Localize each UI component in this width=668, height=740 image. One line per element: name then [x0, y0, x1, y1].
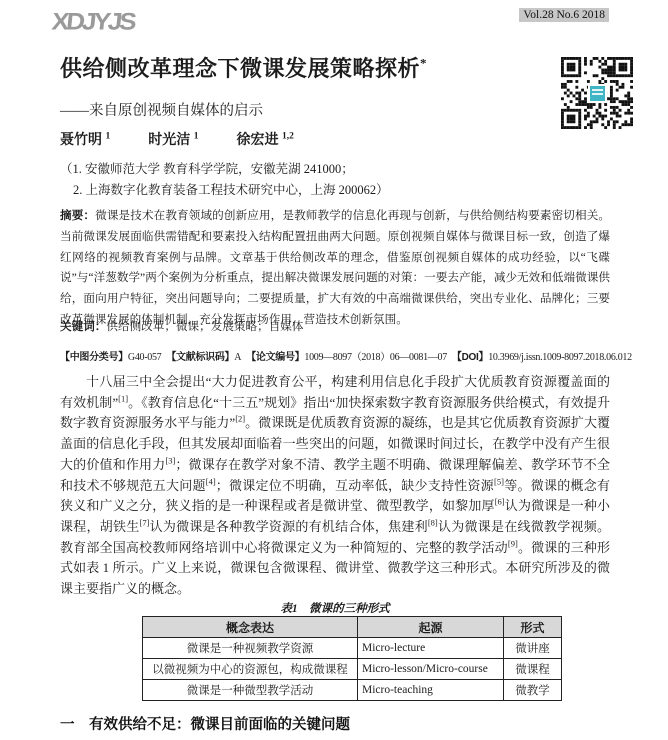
cell-form: 微课程: [504, 659, 562, 680]
keywords-label: 关键词：: [60, 320, 106, 333]
cell-origin: Micro-lesson/Micro-course: [358, 659, 504, 680]
classification-item: 【论文编号】1009—8097（2018）06—0081—07: [246, 352, 447, 363]
classification-label: 【文献标识码】: [166, 352, 234, 363]
cell-concept: 微课是一种视频教学资源: [143, 638, 358, 659]
table-row: 微课是一种微型教学活动 Micro-teaching 微教学: [143, 680, 562, 701]
author-affil-sup: 1: [194, 131, 199, 141]
author-name: 时光洁: [148, 133, 190, 148]
abstract-label: 摘要：: [60, 209, 95, 222]
table-header-form: 形式: [504, 617, 562, 638]
table-caption: 表1 微课的三种形式: [60, 600, 610, 616]
title-block: 供给侧改革理念下微课发展策略探析* ——来自原创视频自媒体的启示 聂竹明 1时光…: [60, 52, 610, 149]
affiliations: （1. 安徽师范大学 教育科学学院，安徽芜湖 241000；2. 上海数字化教育…: [60, 159, 610, 201]
author-affil-sup: 1: [106, 131, 111, 141]
journal-logo: XDJYJS: [51, 7, 136, 36]
table-row: 以微视频为中心的资源包，构成微课程 Micro-lesson/Micro-cou…: [143, 659, 562, 680]
table-header-origin: 起源: [358, 617, 504, 638]
subtitle: ——来自原创视频自媒体的启示: [60, 99, 610, 120]
page-title-text: 供给侧改革理念下微课发展策略探析: [60, 56, 420, 81]
affiliation-line: （1. 安徽师范大学 教育科学学院，安徽芜湖 241000；: [60, 159, 610, 180]
cell-origin: Micro-lecture: [358, 638, 504, 659]
abstract: 摘要：微课是技术在教育领域的创新应用，是教师教学的信息化再现与创新，与供给侧结构…: [60, 206, 610, 331]
classification-value: G40-057: [128, 352, 161, 363]
table-header-concept: 概念表达: [143, 617, 358, 638]
keywords-text: 供给侧改革；微课；发展策略；自媒体: [106, 320, 303, 333]
cell-origin: Micro-teaching: [358, 680, 504, 701]
body-paragraph: 十八届三中全会提出“大力促进教育公平，构建利用信息化手段扩大优质教育资源覆盖面的…: [60, 372, 610, 600]
author-name: 徐宏进: [237, 133, 279, 148]
classification-item: 【文献标识码】A: [166, 352, 241, 363]
table-micro-course-forms: 概念表达 起源 形式 微课是一种视频教学资源 Micro-lecture 微讲座…: [142, 616, 562, 701]
classification-label: 【DOI】: [452, 352, 488, 363]
table-header-row: 概念表达 起源 形式: [143, 617, 562, 638]
table-row: 微课是一种视频教学资源 Micro-lecture 微讲座: [143, 638, 562, 659]
cell-form: 微教学: [504, 680, 562, 701]
author: 徐宏进 1,2: [237, 133, 294, 148]
classification-item: 【中图分类号】G40-057: [60, 352, 161, 363]
title-footnote-mark: *: [420, 56, 427, 71]
author: 聂竹明 1: [60, 133, 110, 148]
section-heading: 一 有效供给不足：微课目前面临的关键问题: [60, 713, 610, 734]
cell-concept: 微课是一种微型教学活动: [143, 680, 358, 701]
classification-item: 【DOI】10.3969/j.issn.1009-8097.2018.06.01…: [452, 352, 632, 363]
author-affil-sup: 1,2: [282, 131, 294, 141]
author-name: 聂竹明: [60, 133, 102, 148]
classification-value: A: [234, 352, 241, 363]
abstract-text: 微课是技术在教育领域的创新应用，是教师教学的信息化再现与创新，与供给侧结构要素密…: [60, 209, 610, 326]
classification-line: 【中图分类号】G40-057【文献标识码】A【论文编号】1009—8097（20…: [60, 348, 610, 363]
issue-label: Vol.28 No.6 2018: [519, 8, 609, 22]
classification-label: 【论文编号】: [246, 352, 304, 363]
journal-page: XDJYJS Vol.28 No.6 2018 供给侧改革理念下微课发展策略探析…: [0, 0, 668, 740]
classification-value: 1009—8097（2018）06—0081—07: [304, 352, 447, 363]
author: 时光洁 1: [148, 133, 198, 148]
classification-value: 10.3969/j.issn.1009-8097.2018.06.012: [488, 352, 632, 363]
affiliation-line: 2. 上海数字化教育装备工程技术研究中心，上海 200062）: [60, 180, 610, 201]
keywords: 关键词：供给侧改革；微课；发展策略；自媒体: [60, 318, 610, 334]
page-title: 供给侧改革理念下微课发展策略探析*: [60, 52, 610, 83]
classification-label: 【中图分类号】: [60, 352, 128, 363]
cell-concept: 以微视频为中心的资源包，构成微课程: [143, 659, 358, 680]
author-list: 聂竹明 1时光洁 1徐宏进 1,2: [60, 129, 610, 149]
cell-form: 微讲座: [504, 638, 562, 659]
